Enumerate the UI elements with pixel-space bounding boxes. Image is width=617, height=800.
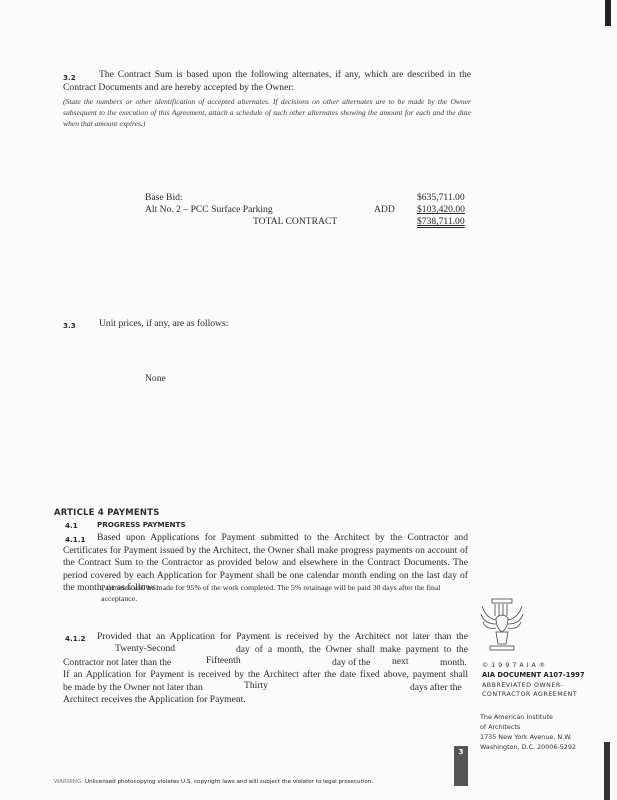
copyright-warning: WARNING: Unlicensed photocopying violate… — [54, 779, 373, 785]
due-day-1: Twenty-Second — [115, 643, 175, 656]
section-3-2-line1: The Contract Sum is based upon the follo… — [99, 69, 471, 80]
aia-address-line3: 1735 New York Avenue, N.W. — [480, 732, 576, 742]
section-4-1-2-number: 4.1.2 — [65, 634, 85, 643]
aia-document-title: AIA DOCUMENT A107-1997 — [482, 671, 585, 679]
bid-row-alt-type: ADD — [374, 204, 395, 216]
section-4-1-number: 4.1 — [65, 521, 78, 530]
section-4-1-2-after: days after the — [410, 682, 462, 695]
aia-document-subtitle-1: ABBREVIATED OWNER- — [482, 682, 563, 689]
section-3-3-text: Unit prices, if any, are as follows: — [99, 318, 228, 331]
due-month: next — [392, 656, 409, 669]
unit-prices-value: None — [145, 373, 166, 385]
article-4-heading: ARTICLE 4 PAYMENTS — [54, 507, 160, 517]
bid-row-alt-amount: $103,420.00 — [417, 204, 465, 216]
section-4-1-heading: PROGRESS PAYMENTS — [97, 520, 186, 529]
due-day-2: Fifteenth — [206, 655, 241, 668]
section-3-2-line2: Contract Documents and are hereby accept… — [63, 82, 294, 93]
aia-copyright: © 1 9 9 7 A I A ® — [482, 662, 546, 669]
section-4-1-2-line1: Provided that an Application for Payment… — [97, 631, 468, 644]
section-3-2-instruction: (State the numbers or other identificati… — [63, 96, 471, 129]
bid-total-label: TOTAL CONTRACT — [253, 216, 337, 228]
section-4-1-2-line6: Architect receives the Application for P… — [63, 694, 246, 707]
scan-edge-mark-top — [605, 0, 611, 26]
aia-address-line2: of Architects — [480, 722, 576, 732]
bid-total-amount: $738,711.00 — [417, 216, 465, 228]
section-4-1-2-month: month. — [440, 657, 467, 670]
section-4-1-1-insert: Payments will be made for 95% of the wor… — [101, 582, 451, 604]
page-number-box: 3 — [454, 746, 468, 786]
aia-address: The American Institute of Architects 173… — [480, 712, 576, 752]
scan-edge-mark-bottom — [604, 742, 610, 800]
section-3-3-number: 3.3 — [63, 321, 76, 330]
section-4-1-2-line5: be made by the Owner not later than — [63, 682, 203, 695]
bid-row-alt-label: Alt No. 2 – PCC Surface Parking — [145, 204, 273, 216]
section-4-1-2-dayof: day of the — [332, 657, 370, 670]
warning-text: Unlicensed photocopying violates U.S. co… — [85, 779, 373, 785]
aia-document-subtitle-2: CONTRACTOR AGREEMENT — [482, 691, 577, 698]
bid-row-base-amount: $635,711.00 — [417, 192, 465, 204]
section-4-1-2-line3: Contractor not later than the — [63, 657, 171, 670]
late-days: Thirty — [244, 680, 268, 693]
section-3-2-text: The Contract Sum is based upon the follo… — [63, 69, 471, 94]
aia-address-line4: Washington, D.C. 20006-5292 — [480, 742, 576, 752]
aia-address-line1: The American Institute — [480, 712, 576, 722]
page-number: 3 — [459, 748, 464, 756]
warning-label: WARNING: — [54, 779, 83, 785]
section-4-1-2-line2: day of a month, the Owner shall make pay… — [236, 644, 468, 657]
bid-row-base-label: Base Bid: — [145, 192, 183, 204]
aia-eagle-logo-icon — [478, 596, 526, 654]
